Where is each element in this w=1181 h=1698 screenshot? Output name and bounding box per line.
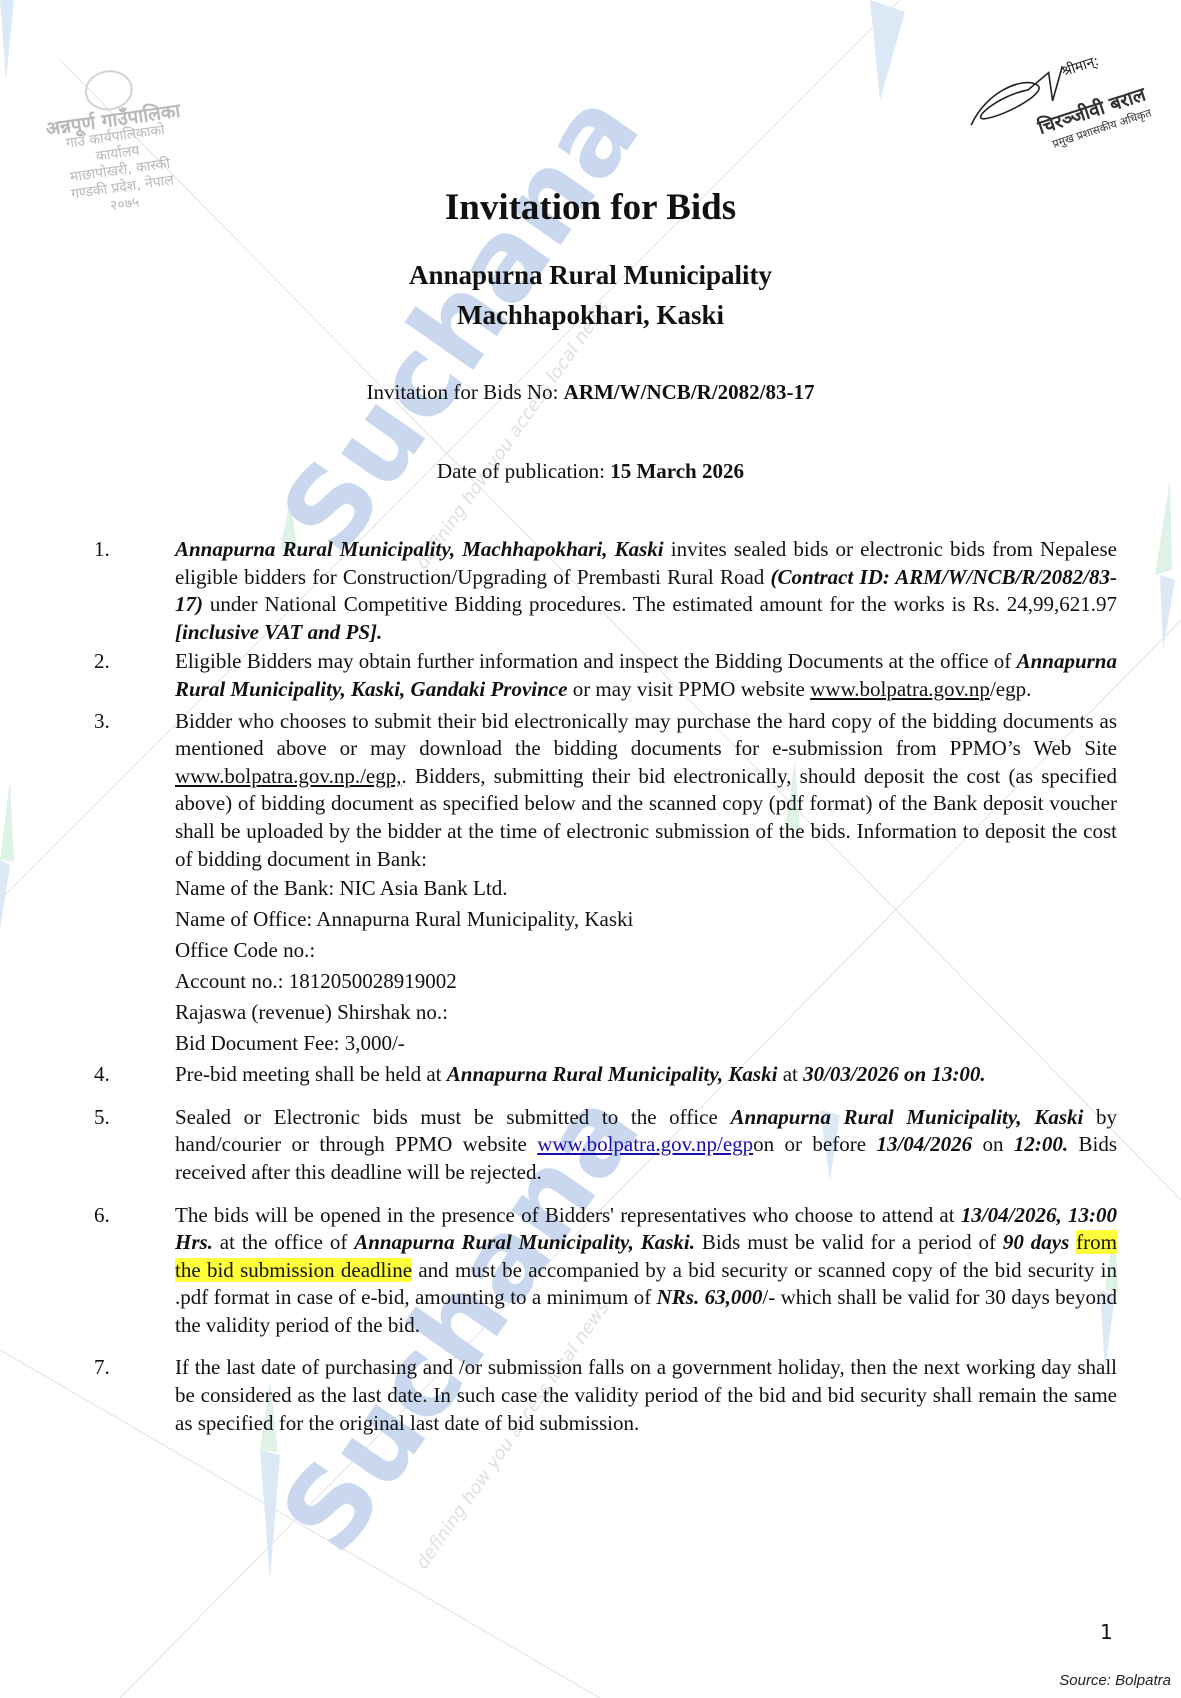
clause-number: 7. xyxy=(94,1354,110,1382)
prebid-datetime: 30/03/2026 on 13:00. xyxy=(803,1062,986,1086)
employer-name: Annapurna Rural Municipality, Machhapokh… xyxy=(175,537,664,561)
ifb-number-line: Invitation for Bids No: ARM/W/NCB/R/2082… xyxy=(0,380,1181,405)
clause-number: 2. xyxy=(94,648,110,676)
document-title: Invitation for Bids xyxy=(0,186,1181,229)
clause-text: Bids must be valid for a period of xyxy=(695,1230,1003,1254)
organization-name: Annapurna Rural Municipality Machhapokha… xyxy=(0,255,1181,335)
ifb-number: ARM/W/NCB/R/2082/83-17 xyxy=(564,380,815,404)
office-name-field: Name of Office: Annapurna Rural Municipa… xyxy=(175,904,1117,935)
bolpatra-egp-link[interactable]: www.bolpatra.gov.np/egp xyxy=(537,1132,753,1156)
clause-text: If the last date of purchasing and /or s… xyxy=(175,1355,1117,1434)
clause-number: 1. xyxy=(94,536,110,564)
bid-security-amount: NRs. 63,000 xyxy=(657,1285,763,1309)
official-stamp: अन्नपूर्ण गाउँपालिका गाउँ कार्यपालिकाको … xyxy=(37,61,192,194)
organization-line-1: Annapurna Rural Municipality xyxy=(0,255,1181,295)
clause-text: /egp. xyxy=(990,677,1031,701)
clause-number: 4. xyxy=(94,1061,110,1089)
publication-date-line: Date of publication: 15 March 2026 xyxy=(0,459,1181,484)
clause-4: 4. Pre-bid meeting shall be held at Anna… xyxy=(84,1061,1117,1089)
revenue-code-field: Rajaswa (revenue) Shirshak no.: xyxy=(175,997,1117,1028)
clause-text: on xyxy=(972,1132,1014,1156)
clause-text: Pre-bid meeting shall be held at xyxy=(175,1062,447,1086)
opening-venue: Annapurna Rural Municipality, Kaski. xyxy=(354,1230,695,1254)
clause-text: on or before xyxy=(753,1132,876,1156)
clause-3: 3. Bidder who chooses to submit their bi… xyxy=(84,708,1117,1060)
bid-document-fee: Bid Document Fee: 3,000/- xyxy=(175,1028,1117,1059)
vat-note: [inclusive VAT and PS]. xyxy=(175,620,382,644)
signature-block: श्रीमान्: चिरञ्जीवी बराल प्रमुख प्रशासकी… xyxy=(955,35,1162,200)
submission-date: 13/04/2026 xyxy=(876,1132,972,1156)
ppmo-egp-link[interactable]: www.bolpatra.gov.np./egp, xyxy=(175,764,401,788)
clause-1: 1. Annapurna Rural Municipality, Machhap… xyxy=(84,536,1117,646)
organization-line-2: Machhapokhari, Kaski xyxy=(0,295,1181,335)
clause-2: 2. Eligible Bidders may obtain further i… xyxy=(84,648,1117,703)
account-number-field: Account no.: 1812050028919002 xyxy=(175,966,1117,997)
page-number: 1 xyxy=(1100,1620,1113,1644)
clause-7: 7. If the last date of purchasing and /o… xyxy=(84,1354,1117,1437)
bank-name: Name of the Bank: NIC Asia Bank Ltd. xyxy=(175,873,1117,904)
clause-text: at xyxy=(777,1062,803,1086)
clause-text: The bids will be opened in the presence … xyxy=(175,1203,961,1227)
svg-text:श्रीमान्:: श्रीमान्: xyxy=(1060,52,1101,80)
ifb-number-label: Invitation for Bids No: xyxy=(367,380,564,404)
clause-text: Eligible Bidders may obtain further info… xyxy=(175,649,1017,673)
bolpatra-link[interactable]: www.bolpatra.gov.np xyxy=(810,677,990,701)
clause-number: 5. xyxy=(94,1104,110,1132)
clause-text: or may visit PPMO website xyxy=(567,677,810,701)
publication-date-label: Date of publication: xyxy=(437,459,610,483)
validity-period: 90 days xyxy=(1003,1230,1069,1254)
clause-text: Sealed or Electronic bids must be submit… xyxy=(175,1105,730,1129)
clause-text: at the office of xyxy=(213,1230,354,1254)
submission-office: Annapurna Rural Municipality, Kaski xyxy=(730,1105,1083,1129)
publication-date: 15 March 2026 xyxy=(610,459,744,483)
office-code-field: Office Code no.: xyxy=(175,935,1117,966)
meeting-venue: Annapurna Rural Municipality, Kaski xyxy=(447,1062,778,1086)
submission-time: 12:00. xyxy=(1014,1132,1068,1156)
clause-number: 3. xyxy=(94,708,110,736)
clause-text: under National Competitive Bidding proce… xyxy=(203,592,1117,616)
source-credit: Source: Bolpatra xyxy=(1059,1672,1171,1689)
clause-text: Bidder who chooses to submit their bid e… xyxy=(175,709,1117,761)
clause-6: 6. The bids will be opened in the presen… xyxy=(84,1202,1117,1340)
clause-5: 5. Sealed or Electronic bids must be sub… xyxy=(84,1104,1117,1187)
bid-clauses: 1. Annapurna Rural Municipality, Machhap… xyxy=(84,536,1117,1437)
clause-number: 6. xyxy=(94,1202,110,1230)
